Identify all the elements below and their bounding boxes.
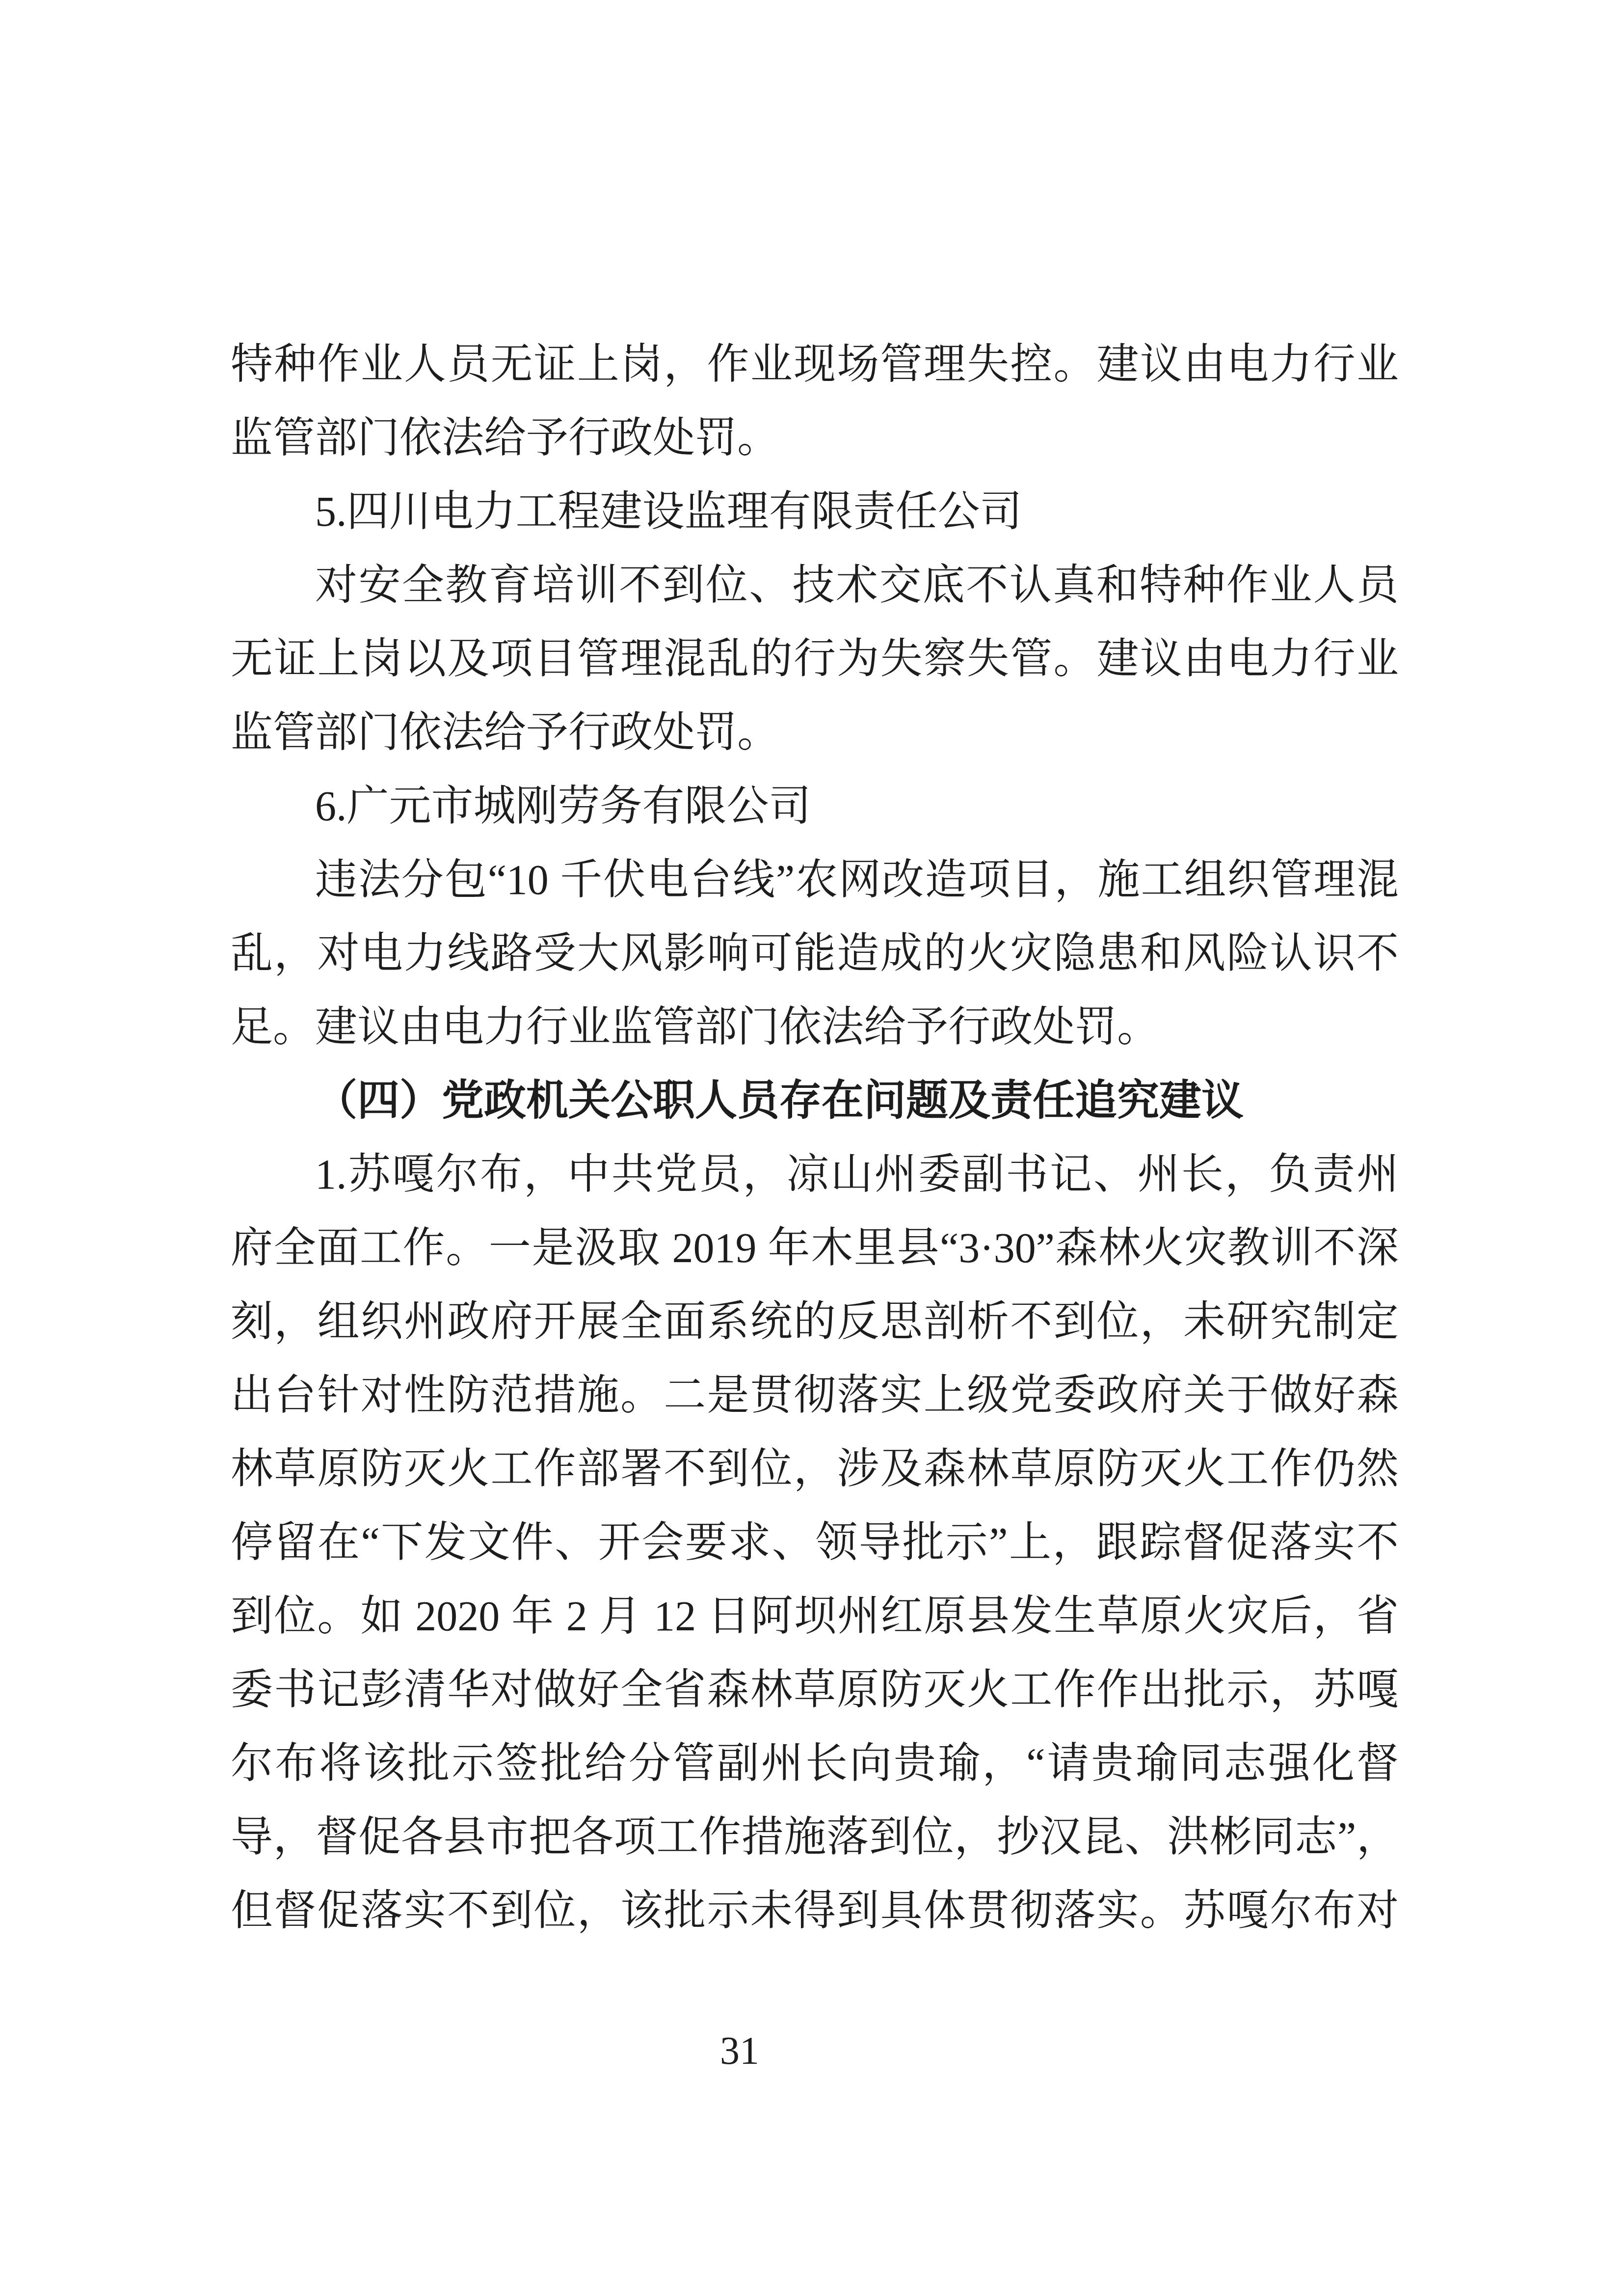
doc-line: 监管部门依法给予行政处罚。 [231,401,1399,475]
document-body: 特种作业人员无证上岗，作业现场管理失控。建议由电力行业 监管部门依法给予行政处罚… [231,327,1399,1947]
doc-line: 到位。如 2020 年 2 月 12 日阿坝州红原县发生草原火灾后，省 [231,1579,1399,1653]
doc-line: 林草原防灭火工作部署不到位，涉及森林草原防灭火工作仍然 [231,1432,1399,1506]
page-number: 31 [720,2026,818,2076]
doc-line: 委书记彭清华对做好全省森林草原防灭火工作作出批示，苏嘎 [231,1653,1399,1727]
doc-line: 停留在“下发文件、开会要求、领导批示”上，跟踪督促落实不 [231,1506,1399,1579]
subitem-5-title: 5.四川电力工程建设监理有限责任公司 [231,475,1399,548]
doc-line: 出台针对性防范措施。二是贯彻落实上级党委政府关于做好森 [231,1358,1399,1432]
doc-line: 足。建议由电力行业监管部门依法给予行政处罚。 [231,990,1399,1064]
subitem-6-title: 6.广元市城刚劳务有限公司 [231,769,1399,843]
doc-line: 监管部门依法给予行政处罚。 [231,696,1399,769]
document-page: 特种作业人员无证上岗，作业现场管理失控。建议由电力行业 监管部门依法给予行政处罚… [0,0,1623,2296]
doc-line: 对安全教育培训不到位、技术交底不认真和特种作业人员 [231,548,1399,622]
doc-line: 府全面工作。一是汲取 2019 年木里县“3·30”森林火灾教训不深 [231,1211,1399,1285]
doc-line: 导，督促各县市把各项工作措施落到位，抄汉昆、洪彬同志”， [231,1800,1399,1874]
doc-line: 尔布将该批示签批给分管副州长向贵瑜，“请贵瑜同志强化督 [231,1727,1399,1800]
doc-line: 特种作业人员无证上岗，作业现场管理失控。建议由电力行业 [231,327,1399,401]
doc-line: 乱，对电力线路受大风影响可能造成的火灾隐患和风险认识不 [231,917,1399,990]
doc-line: 无证上岗以及项目管理混乱的行为失察失管。建议由电力行业 [231,622,1399,696]
doc-line: 违法分包“10 千伏电台线”农网改造项目，施工组织管理混 [231,843,1399,917]
doc-line: 刻，组织州政府开展全面系统的反思剖析不到位，未研究制定 [231,1285,1399,1358]
doc-line: 但督促落实不到位，该批示未得到具体贯彻落实。苏嘎尔布对 [231,1874,1399,1947]
doc-line: 1.苏嘎尔布，中共党员，凉山州委副书记、州长，负责州政 [231,1137,1399,1211]
section-4-heading: （四）党政机关公职人员存在问题及责任追究建议 [231,1064,1399,1137]
